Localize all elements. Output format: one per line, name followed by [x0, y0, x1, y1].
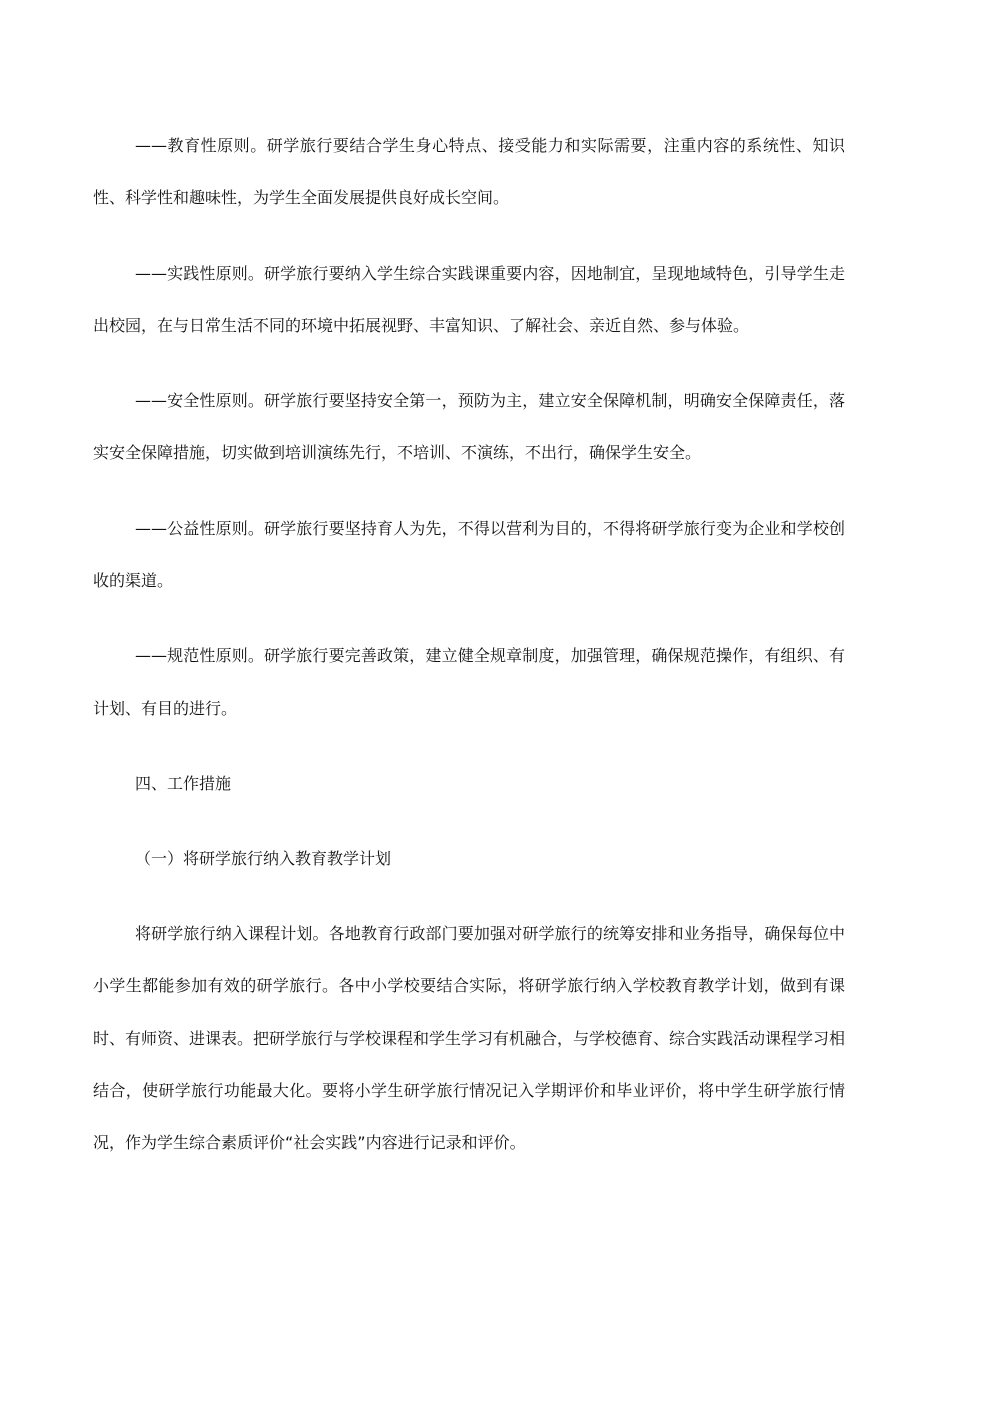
body-paragraph: 将研学旅行纳入课程计划。各地教育行政部门要加强对研学旅行的统筹安排和业务指导，确…	[93, 908, 845, 1169]
paragraph-gap	[93, 607, 845, 630]
subsection-heading: （一）将研学旅行纳入教育教学计划	[93, 833, 845, 885]
principle-safety: ——安全性原则。研学旅行要坚持安全第一，预防为主，建立安全保障机制，明确安全保障…	[93, 375, 845, 480]
paragraph-gap	[93, 735, 845, 758]
principle-education: ——教育性原则。研学旅行要结合学生身心特点、接受能力和实际需要，注重内容的系统性…	[93, 120, 845, 225]
principle-standardization: ——规范性原则。研学旅行要完善政策，建立健全规章制度，加强管理，确保规范操作，有…	[93, 630, 845, 735]
paragraph-gap	[93, 480, 845, 503]
paragraph-gap	[93, 225, 845, 248]
section-heading: 四、工作措施	[93, 758, 845, 810]
paragraph-gap	[93, 352, 845, 375]
principle-public-welfare: ——公益性原则。研学旅行要坚持育人为先，不得以营利为目的，不得将研学旅行变为企业…	[93, 503, 845, 608]
paragraph-gap	[93, 810, 845, 833]
principle-practice: ——实践性原则。研学旅行要纳入学生综合实践课重要内容，因地制宜，呈现地域特色，引…	[93, 248, 845, 353]
document-body: ——教育性原则。研学旅行要结合学生身心特点、接受能力和实际需要，注重内容的系统性…	[93, 120, 845, 1169]
paragraph-gap	[93, 885, 845, 908]
document-page: ——教育性原则。研学旅行要结合学生身心特点、接受能力和实际需要，注重内容的系统性…	[0, 0, 992, 1403]
